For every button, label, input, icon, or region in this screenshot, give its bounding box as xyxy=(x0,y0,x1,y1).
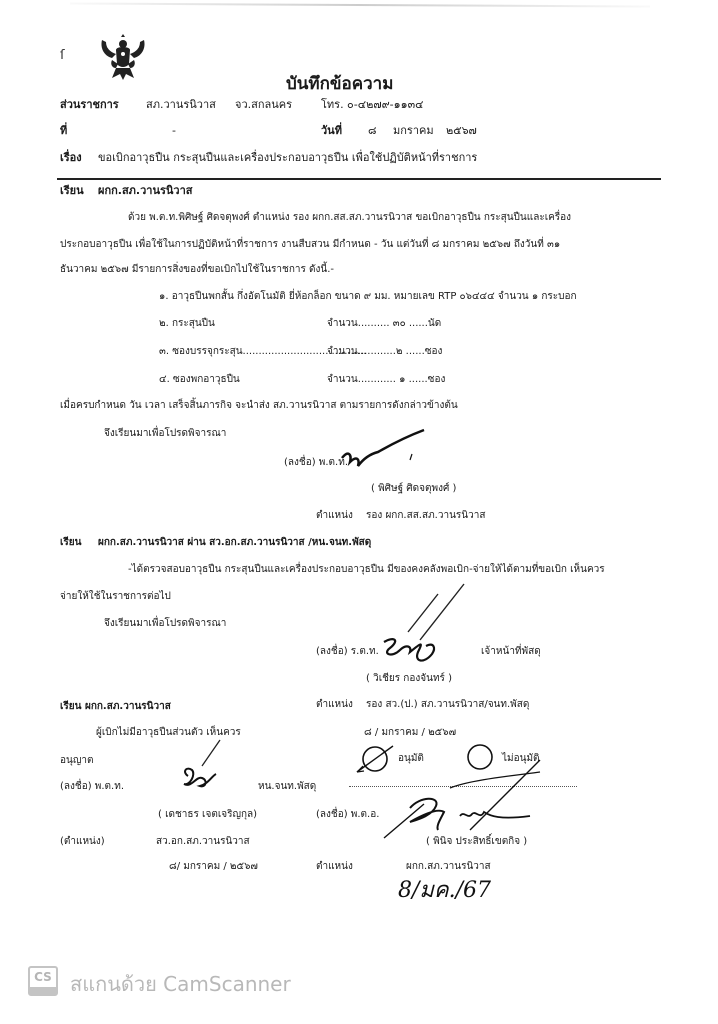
approval-signer-name: ( พินิจ ประสิทธิ์เขตกิจ ) xyxy=(426,835,527,849)
ref-label: ที่ xyxy=(60,124,67,138)
s1-to-value: ผกก.สภ.วานรนิวาส xyxy=(98,184,192,198)
s3-position-label: (ตำแหน่ง) xyxy=(60,835,105,849)
province-value: จว.สกลนคร xyxy=(235,98,292,112)
date-month: มกราคม xyxy=(393,124,434,138)
s3-signer-name: ( เดชาธร เจตเจริญกุล) xyxy=(158,808,257,822)
s1-signer-name: ( พิศิษฐ์ ศิดจตุพงศ์ ) xyxy=(371,482,456,496)
signature-2 xyxy=(360,582,480,676)
s1-position-label: ตำแหน่ง xyxy=(316,509,353,523)
s1-paragraph-line1: ด้วย พ.ต.ท.พิศิษฐ์ ศิดจตุพงศ์ ตำแหน่ง รอ… xyxy=(128,211,571,225)
s2-paragraph-line2: จ่ายให้ใช้ในราชการต่อไป xyxy=(60,590,171,604)
s1-consider: จึงเรียนมาเพื่อโปรดพิจารณา xyxy=(104,427,226,441)
scan-mark: ſ xyxy=(60,48,65,63)
s2-to-value: ผกก.สภ.วานรนิวาส ผ่าน สว.อก.สภ.วานรนิวาส… xyxy=(98,536,371,550)
s2-to-label: เรียน xyxy=(60,536,81,550)
item-4-qty: จำนวน............ ๑ ......ซอง xyxy=(327,373,445,387)
s1-closing-line: เมื่อครบกำหนด วัน เวลา เสร็จสิ้นภารกิจ จ… xyxy=(60,399,458,413)
item-2-qty: จำนวน.......... ๓๐ ......นัด xyxy=(327,317,441,331)
handwritten-date: 8/มค./67 xyxy=(398,872,491,907)
s2-position-label: ตำแหน่ง xyxy=(316,698,353,712)
scanned-memo-page: ſ บันทึกข้อความ ส่วนราชการ สภ.วานรนิวาส xyxy=(0,0,718,1024)
item-4: ๔. ซองพกอาวุธปืน xyxy=(159,373,240,387)
agency-value: สภ.วานรนิวาส xyxy=(146,98,216,112)
item-1: ๑. อาวุธปืนพกสั้น กึ่งอัตโนมัติ ยี่ห้อกล… xyxy=(159,290,577,304)
date-year: ๒๕๖๗ xyxy=(446,124,477,138)
camscanner-logo-icon: CS xyxy=(28,966,58,996)
s3-sign-role: หน.จนท.พัสดุ xyxy=(258,780,316,794)
item-3-qty: จำนวน............๒ ......ซอง xyxy=(327,345,442,359)
ref-value: - xyxy=(172,124,176,138)
agency-label: ส่วนราชการ xyxy=(60,98,119,112)
s2-position-value: รอง สว.(ป.) สภ.วานรนิวาส/จนท.พัสดุ xyxy=(366,698,529,712)
s2-paragraph-line1: -ได้ตรวจสอบอาวุธปืน กระสุนปืนและเครื่องป… xyxy=(128,563,605,577)
date-label: วันที่ xyxy=(321,124,342,138)
s1-position-value: รอง ผกก.สส.สภ.วานรนิวาส xyxy=(366,509,485,523)
item-2: ๒. กระสุนปืน xyxy=(159,317,215,331)
s1-paragraph-line2: ประกอบอาวุธปืน เพื่อใช้ในการปฏิบัติหน้าท… xyxy=(60,238,560,252)
approval-sign-label: (ลงชื่อ) พ.ต.อ. xyxy=(316,808,379,822)
subject-label: เรื่อง xyxy=(60,151,82,165)
s3-to-line: เรียน ผกก.สภ.วานรนิวาส xyxy=(60,700,171,714)
s1-paragraph-line3: ธันวาคม ๒๕๖๗ มีรายการสิ่งของที่ขอเบิกไปใ… xyxy=(60,263,334,277)
s1-to-label: เรียน xyxy=(60,184,84,198)
s2-sign-role: เจ้าหน้าที่พัสดุ xyxy=(481,645,541,659)
s3-permit: อนุญาต xyxy=(60,754,93,768)
camscanner-watermark: สแกนด้วย CamScanner xyxy=(70,968,291,1000)
page-title: บันทึกข้อความ xyxy=(286,70,393,97)
signature-3 xyxy=(172,736,242,800)
scan-artifact-line xyxy=(70,2,650,7)
subject-value: ขอเบิกอาวุธปืน กระสุนปืนและเครื่องประกอบ… xyxy=(98,151,477,165)
phone-value: โทร. ๐-๔๒๗๙-๑๑๓๔ xyxy=(321,98,423,112)
header-divider xyxy=(57,178,661,180)
signature-1 xyxy=(338,428,428,477)
s3-date: ๘/ มกราคม / ๒๕๖๗ xyxy=(169,860,258,874)
s3-sign-label: (ลงชื่อ) พ.ต.ท. xyxy=(60,780,124,794)
s2-signer-name: ( วิเชียร กองจันทร์ ) xyxy=(366,672,452,686)
garuda-emblem-icon xyxy=(98,34,148,82)
s2-consider: จึงเรียนมาเพื่อโปรดพิจารณา xyxy=(104,617,226,631)
date-day: ๘ xyxy=(368,124,377,138)
approval-position-label: ตำแหน่ง xyxy=(316,860,353,874)
approval-date: ๘ / มกราคม / ๒๕๖๗ xyxy=(364,726,456,740)
s3-position-value: สว.อก.สภ.วานรนิวาส xyxy=(156,835,250,849)
